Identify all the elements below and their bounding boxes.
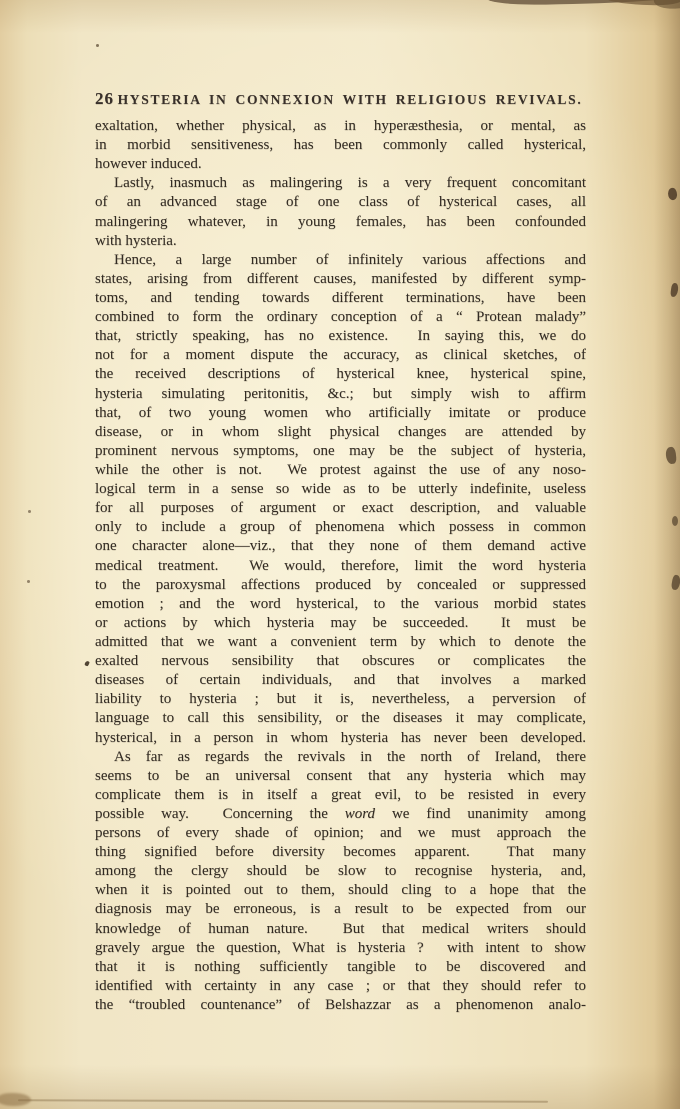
text-line: among the clergy should be slow to recog… [95,862,586,881]
text-line: medical treatment. We would, therefore, … [95,557,586,576]
text-line: that, of two young women who artificiall… [95,404,586,423]
scan-bottom-left-smudge [0,1093,31,1106]
text-line: malingering whatever, in young females, … [95,213,586,232]
text-line: prominent nervous symptoms, one may be t… [95,442,586,461]
text-line: diseases of certain individuals, and tha… [95,671,586,690]
text-line: states, arising from different causes, m… [95,270,586,289]
page-right-edge-shadow [654,0,680,1109]
paragraph: exaltation, whether physical, as in hype… [95,117,586,174]
scan-speck [96,44,99,47]
paragraph: Lastly, inasmuch as malingering is a ver… [95,174,586,250]
scan-speck [28,510,31,513]
body-text: exaltation, whether physical, as in hype… [95,117,586,1015]
text-line: gravely argue the question, What is hyst… [95,939,586,958]
text-line: when it is pointed out to them, should c… [95,881,586,900]
text-line: or actions by which hysteria may be succ… [95,614,586,633]
page-header: 26 HYSTERIA IN CONNEXION WITH RELIGIOUS … [95,89,586,109]
text-line: thing signified before diversity becomes… [95,843,586,862]
text-line: emotion ; and the word hysterical, to th… [95,595,586,614]
text-line: only to include a group of phenomena whi… [95,518,586,537]
text-line: to the paroxysmal affections produced by… [95,576,586,595]
running-title: HYSTERIA IN CONNEXION WITH RELIGIOUS REV… [114,92,586,108]
text-line: toms, and tending towards different term… [95,289,586,308]
scan-speck [672,516,678,526]
text-line: Lastly, inasmuch as malingering is a ver… [95,174,586,193]
text-line: the received descriptions of hysterical … [95,365,586,384]
text-line: Hence, a large number of infinitely vari… [95,251,586,270]
book-page-scan: 26 HYSTERIA IN CONNEXION WITH RELIGIOUS … [0,0,680,1109]
text-line: hysterical, in a person in whom hysteria… [95,729,586,748]
text-line: that, strictly speaking, has no existenc… [95,327,586,346]
text-line: disease, or in whom slight physical chan… [95,423,586,442]
text-line: liability to hysteria ; but it is, never… [95,690,586,709]
text-line: combined to form the ordinary conception… [95,308,586,327]
text-line: language to call this sensibility, or th… [95,709,586,728]
text-line: seems to be an universal consent that an… [95,767,586,786]
text-line: As far as regards the revivals in the no… [95,748,586,767]
text-line: the “troubled countenance” of Belshazzar… [95,996,586,1015]
text-line: for all purposes of argument or exact de… [95,499,586,518]
scan-speck [27,580,30,583]
scan-bottom-edge-line [18,1099,548,1102]
paragraph: Hence, a large number of infinitely vari… [95,251,586,748]
text-line: that it is nothing sufficiently tangible… [95,958,586,977]
paragraph: As far as regards the revivals in the no… [95,748,586,1016]
text-line: persons of every shade of opinion; and w… [95,824,586,843]
text-line: diagnosis may be erroneous, is a result … [95,900,586,919]
text-line: logical term in a sense so wide as to be… [95,480,586,499]
text-line: identified with certainty in any case ; … [95,977,586,996]
text-line: exaltation, whether physical, as in hype… [95,117,586,136]
text-line: complicate them is in itself a great evi… [95,786,586,805]
text-line: admitted that we want a convenient term … [95,633,586,652]
text-line: in morbid sensitiveness, has been common… [95,136,586,155]
text-line: knowledge of human nature. But that medi… [95,920,586,939]
text-line: with hysteria. [95,232,586,251]
text-line: of an advanced stage of one class of hys… [95,193,586,212]
text-line: hysteria simulating peritonitis, &c.; bu… [95,385,586,404]
text-line: not for a moment dispute the accuracy, a… [95,346,586,365]
text-line: one character alone—viz., that they none… [95,537,586,556]
text-line: while the other is not. We protest again… [95,461,586,480]
text-line: exalted nervous sensibility that obscure… [95,652,586,671]
margin-pen-mark [84,660,90,666]
text-line: however induced. [95,155,586,174]
page-number: 26 [95,89,114,109]
text-line: possible way. Concerning the word we fin… [95,805,586,824]
